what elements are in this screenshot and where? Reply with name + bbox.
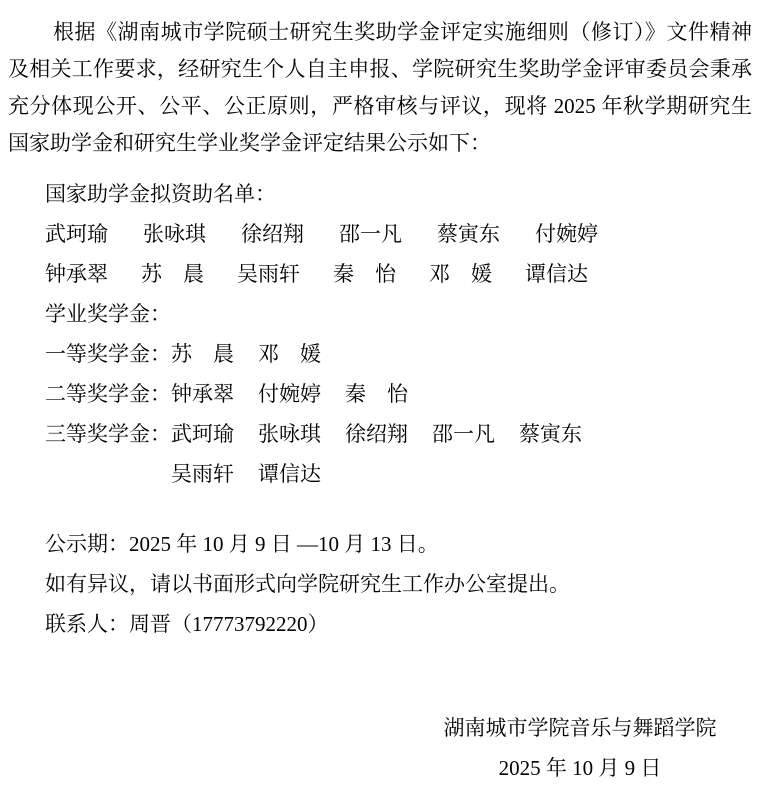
student-name: 钟承翠 [171, 374, 234, 414]
student-name: 付婉婷 [535, 214, 598, 254]
student-name: 蔡寅东 [519, 414, 582, 454]
student-name: 付婉婷 [258, 374, 321, 414]
student-name: 谭信达 [258, 454, 321, 494]
tier-third-row: 三等奖学金： 武珂瑜 张咏琪 徐绍翔 邵一凡 蔡寅东 吴雨轩 谭信达 [45, 414, 758, 494]
signature-date: 2025 年 10 月 9 日 [440, 748, 720, 788]
student-name: 邓 媛 [429, 254, 492, 294]
tier-first-row: 一等奖学金： 苏 晨 邓 媛 [45, 334, 758, 374]
notice-document: 根据《湖南城市学院硕士研究生奖助学金评定实施细则（修订）》文件精神及相关工作要求… [0, 0, 768, 789]
tier-first-label: 一等奖学金： [45, 334, 171, 374]
tier-third-label: 三等奖学金： [45, 414, 171, 494]
objection-note-line: 如有异议，请以书面形式向学院研究生工作办公室提出。 [45, 564, 758, 604]
student-name: 张咏琪 [143, 214, 206, 254]
tier-first-names: 苏 晨 邓 媛 [171, 334, 321, 374]
national-grant-names-row-2: 钟承翠 苏 晨 吴雨轩 秦 怡 邓 媛 谭信达 [45, 254, 758, 294]
tier-third-names: 武珂瑜 张咏琪 徐绍翔 邵一凡 蔡寅东 吴雨轩 谭信达 [171, 414, 582, 494]
student-name: 钟承翠 [45, 254, 108, 294]
national-grant-heading: 国家助学金拟资助名单： [45, 174, 758, 214]
academic-scholarship-heading: 学业奖学金： [45, 294, 758, 334]
tier-third-names-line-1: 武珂瑜 张咏琪 徐绍翔 邵一凡 蔡寅东 [171, 414, 582, 454]
student-name: 邵一凡 [432, 414, 495, 454]
publicity-period-line: 公示期：2025 年 10 月 9 日 —10 月 13 日。 [45, 524, 758, 564]
student-name: 苏 晨 [141, 254, 204, 294]
student-name: 徐绍翔 [345, 414, 408, 454]
tier-second-label: 二等奖学金： [45, 374, 171, 414]
student-name: 蔡寅东 [437, 214, 500, 254]
student-name: 邓 媛 [258, 334, 321, 374]
student-name: 徐绍翔 [241, 214, 304, 254]
tier-second-row: 二等奖学金： 钟承翠 付婉婷 秦 怡 [45, 374, 758, 414]
intro-paragraph: 根据《湖南城市学院硕士研究生奖助学金评定实施细则（修订）》文件精神及相关工作要求… [8, 14, 758, 162]
student-name: 谭信达 [525, 254, 588, 294]
student-name: 吴雨轩 [171, 454, 234, 494]
student-name: 邵一凡 [339, 214, 402, 254]
tier-second-names: 钟承翠 付婉婷 秦 怡 [171, 374, 408, 414]
national-grant-names-row-1: 武珂瑜 张咏琪 徐绍翔 邵一凡 蔡寅东 付婉婷 [45, 214, 758, 254]
student-name: 张咏琪 [258, 414, 321, 454]
signature-unit: 湖南城市学院音乐与舞蹈学院 [440, 708, 720, 748]
signature-block: 湖南城市学院音乐与舞蹈学院 2025 年 10 月 9 日 [440, 708, 720, 788]
student-name: 秦 怡 [345, 374, 408, 414]
student-name: 秦 怡 [333, 254, 396, 294]
student-name: 武珂瑜 [45, 214, 108, 254]
contact-line: 联系人：周晋（17773792220） [45, 604, 758, 644]
tier-third-names-line-2: 吴雨轩 谭信达 [171, 454, 582, 494]
student-name: 苏 晨 [171, 334, 234, 374]
student-name: 武珂瑜 [171, 414, 234, 454]
student-name: 吴雨轩 [237, 254, 300, 294]
